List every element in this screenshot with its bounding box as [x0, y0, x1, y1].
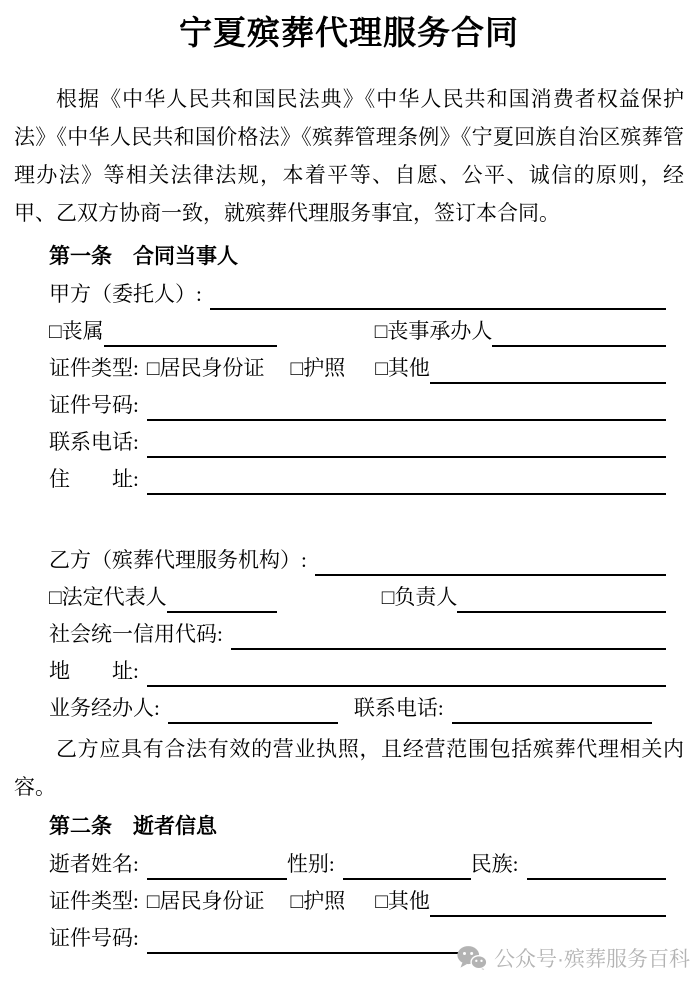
- party-a-label: 甲方（委托人）:: [49, 278, 202, 312]
- section-1-heading: 第一条 合同当事人: [14, 238, 684, 275]
- credit-code-row: 社会统一信用代码:: [14, 615, 684, 652]
- checkbox-deceased-other-id[interactable]: □其他: [375, 885, 430, 919]
- party-a-id-type-row: 证件类型: □居民身份证 □护照 □其他: [14, 349, 684, 386]
- checkbox-other-id[interactable]: □其他: [375, 352, 430, 386]
- deceased-name-label: 逝者姓名:: [49, 848, 139, 882]
- agent-label: 业务经办人:: [49, 692, 160, 726]
- party-a-phone-label: 联系电话:: [49, 426, 139, 460]
- party-b-name-row: 乙方（殡葬代理服务机构）:: [14, 541, 684, 578]
- party-b-phone-blank[interactable]: [452, 692, 652, 724]
- checkbox-person-in-charge[interactable]: □负责人: [382, 581, 458, 615]
- party-b-address-blank[interactable]: [147, 655, 666, 687]
- credit-code-blank[interactable]: [231, 618, 666, 650]
- checkbox-family-member[interactable]: □丧属: [49, 315, 104, 349]
- party-b-phone-label: 联系电话:: [354, 692, 444, 726]
- family-member-blank[interactable]: [104, 315, 277, 347]
- ethnic-label: 民族:: [471, 848, 519, 882]
- party-a-phone-blank[interactable]: [147, 426, 666, 458]
- party-a-name-blank[interactable]: [210, 278, 666, 310]
- party-a-id-number-blank[interactable]: [147, 389, 666, 421]
- checkbox-deceased-resident-id[interactable]: □居民身份证: [147, 885, 265, 919]
- party-b-note: 乙方应具有合法有效的营业执照，且经营范围包括殡葬代理相关内容。: [14, 730, 684, 806]
- party-a-name-row: 甲方（委托人）:: [14, 275, 684, 312]
- deceased-id-number-blank[interactable]: [147, 922, 467, 954]
- deceased-id-type-label: 证件类型:: [49, 885, 139, 919]
- party-a-role-row: □丧属 □丧事承办人: [14, 312, 684, 349]
- party-a-id-number-row: 证件号码:: [14, 386, 684, 423]
- deceased-name-blank[interactable]: [147, 848, 287, 880]
- organizer-blank[interactable]: [492, 315, 666, 347]
- section-gap: [14, 497, 684, 541]
- agent-phone-row: 业务经办人: 联系电话:: [14, 689, 684, 726]
- checkbox-funeral-organizer[interactable]: □丧事承办人: [375, 315, 493, 349]
- party-b-role-row: □法定代表人 □负责人: [14, 578, 684, 615]
- checkbox-resident-id[interactable]: □居民身份证: [147, 352, 265, 386]
- intro-paragraph: 根据《中华人民共和国民法典》《中华人民共和国消费者权益保护法》《中华人民共和国价…: [14, 80, 684, 232]
- party-a-id-number-label: 证件号码:: [49, 389, 139, 423]
- party-a-phone-row: 联系电话:: [14, 423, 684, 460]
- person-in-charge-blank[interactable]: [457, 581, 666, 613]
- checkbox-deceased-passport[interactable]: □护照: [291, 885, 346, 919]
- party-b-address-row: 地 址:: [14, 652, 684, 689]
- contract-document: 宁夏殡葬代理服务合同 根据《中华人民共和国民法典》《中华人民共和国消费者权益保护…: [0, 0, 698, 956]
- document-title: 宁夏殡葬代理服务合同: [14, 12, 684, 56]
- deceased-info-row: 逝者姓名: 性别: 民族:: [14, 845, 684, 882]
- legal-rep-blank[interactable]: [167, 581, 277, 613]
- party-b-label: 乙方（殡葬代理服务机构）:: [49, 544, 307, 578]
- party-b-address-label: 地 址:: [49, 655, 139, 689]
- ethnicity-blank[interactable]: [527, 848, 666, 880]
- deceased-id-number-label: 证件号码:: [49, 922, 139, 956]
- deceased-id-number-row: 证件号码:: [14, 919, 684, 956]
- deceased-id-other-blank[interactable]: [430, 885, 666, 917]
- party-a-id-type-label: 证件类型:: [49, 352, 139, 386]
- party-a-address-row: 住 址:: [14, 460, 684, 497]
- credit-code-label: 社会统一信用代码:: [49, 618, 223, 652]
- checkbox-passport[interactable]: □护照: [291, 352, 346, 386]
- gender-blank[interactable]: [343, 848, 471, 880]
- checkbox-legal-rep[interactable]: □法定代表人: [49, 581, 167, 615]
- gender-label: 性别:: [287, 848, 335, 882]
- party-b-name-blank[interactable]: [315, 544, 666, 576]
- agent-blank[interactable]: [168, 692, 338, 724]
- deceased-id-type-row: 证件类型: □居民身份证 □护照 □其他: [14, 882, 684, 919]
- section-2-heading: 第二条 逝者信息: [14, 808, 684, 845]
- party-a-address-blank[interactable]: [147, 463, 666, 495]
- party-a-address-label: 住 址:: [49, 463, 139, 497]
- party-a-id-other-blank[interactable]: [430, 352, 666, 384]
